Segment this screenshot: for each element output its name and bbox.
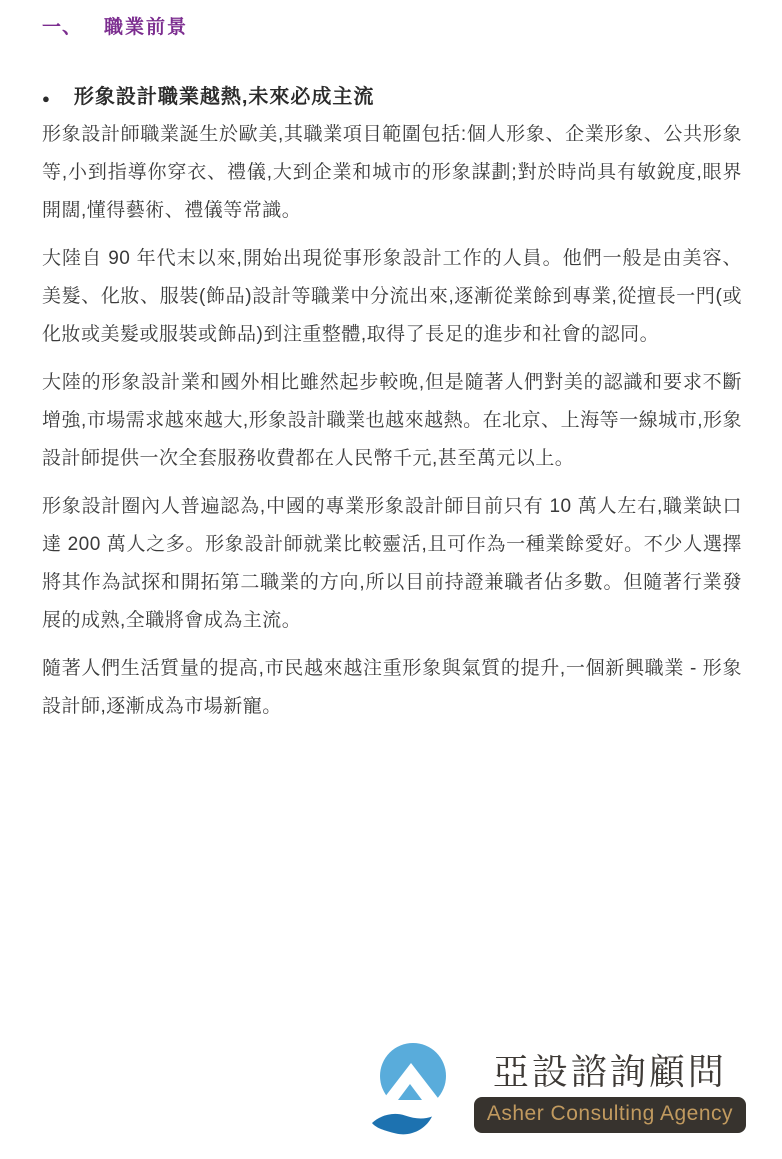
company-logo: 亞設諮詢顧問 Asher Consulting Agency [369,1043,746,1139]
paragraph-5: 隨著人們生活質量的提高,市民越來越注重形象與氣質的提升,一個新興職業 - 形象設… [42,650,742,726]
paragraph-4: 形象設計圈內人普遍認為,中國的專業形象設計師目前只有 10 萬人左右,職業缺口達… [42,488,742,640]
bullet-heading: ● 形象設計職業越熱,未來必成主流 [42,78,742,116]
section-heading: 一、 職業前景 [42,17,742,38]
bullet-heading-title: 形象設計職業越熱,未來必成主流 [74,78,375,116]
company-name-badge: Asher Consulting Agency [474,1097,746,1133]
paragraph-1: 形象設計師職業誕生於歐美,其職業項目範圍包括:個人形象、企業形象、公共形象等,小… [42,116,742,230]
logo-text: 亞設諮詢顧問 Asher Consulting Agency [474,1050,746,1133]
document-page: 一、 職業前景 ● 形象設計職業越熱,未來必成主流 形象設計師職業誕生於歐美,其… [0,0,782,1159]
bullet-icon: ● [42,92,50,105]
paragraph-2: 大陸自 90 年代末以來,開始出現從事形象設計工作的人員。他們一般是由美容、美髮… [42,240,742,354]
section-title: 職業前景 [104,17,188,38]
logo-wave [372,1114,432,1134]
company-name-en: Asher Consulting Agency [487,1102,733,1125]
paragraph-3: 大陸的形象設計業和國外相比雖然起步較晚,但是隨著人們對美的認識和要求不斷增強,市… [42,364,742,478]
asher-logo-icon [369,1043,447,1139]
body-text: 形象設計師職業誕生於歐美,其職業項目範圍包括:個人形象、企業形象、公共形象等,小… [42,116,742,726]
company-name-zh: 亞設諮詢顧問 [493,1050,727,1094]
section-number: 一、 [42,17,82,38]
